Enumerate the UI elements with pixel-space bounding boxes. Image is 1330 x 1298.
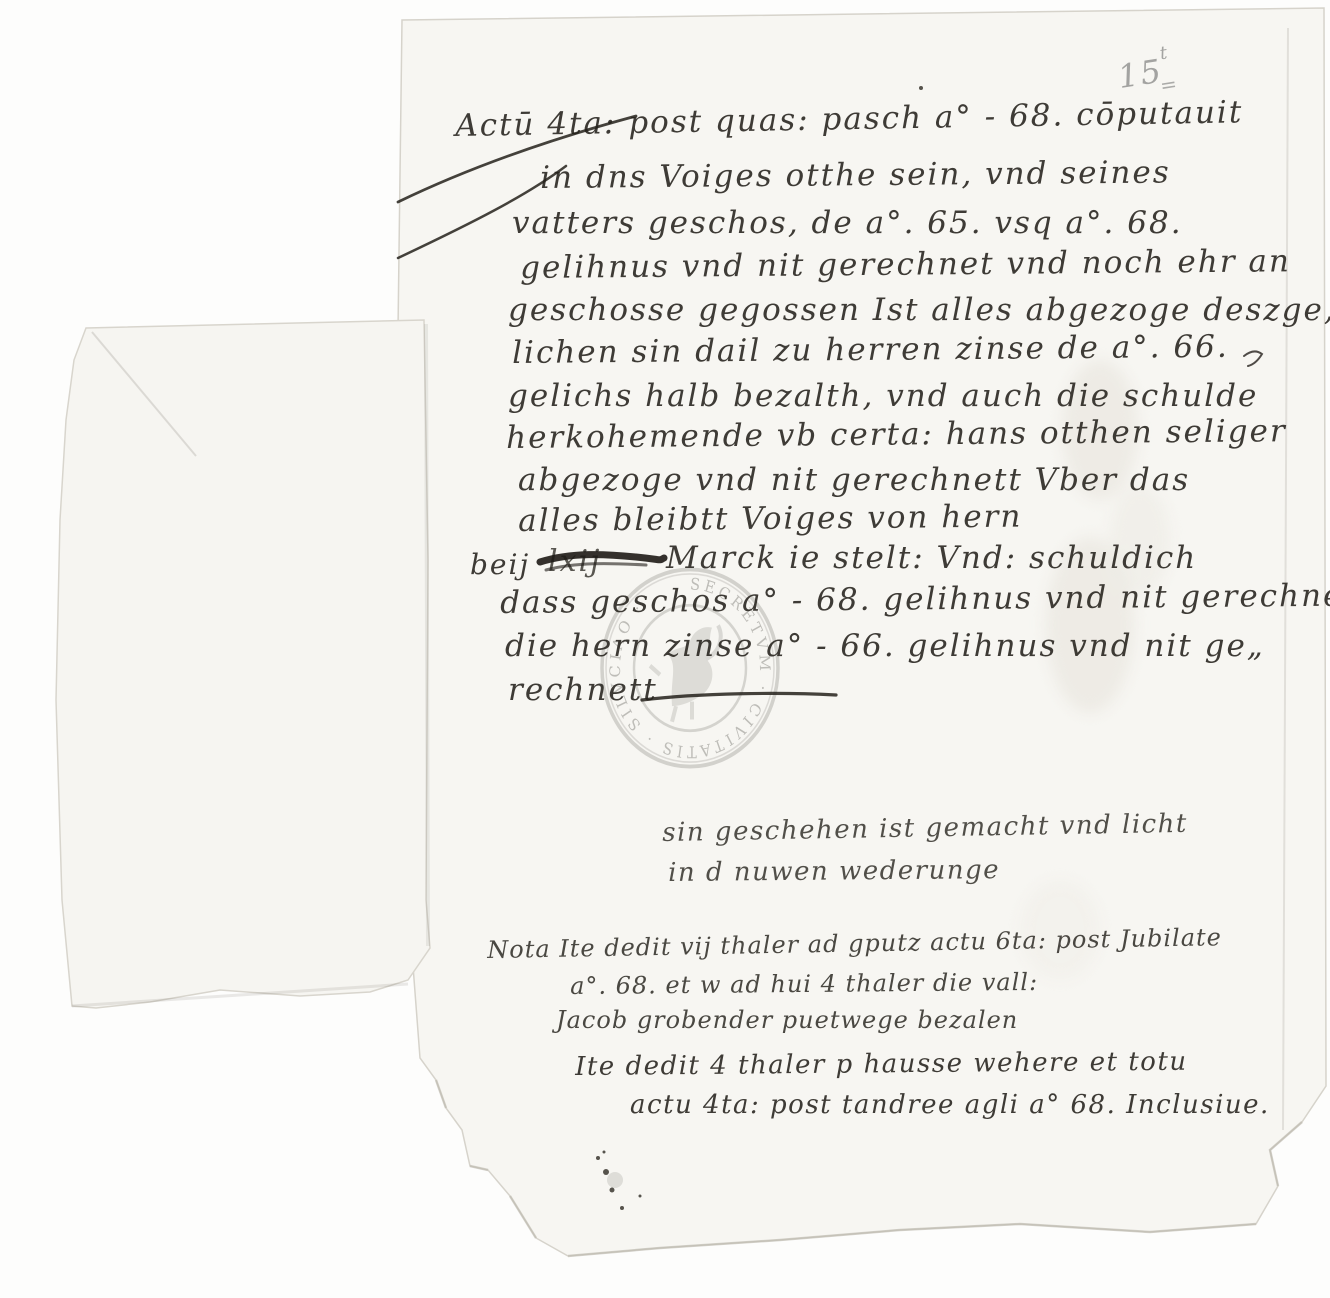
text-line: geschosse gegossen Ist alles abgezoge de… — [508, 292, 1330, 328]
nota-line: Nota Ite dedit vij thaler ad gputz actu … — [487, 923, 1222, 964]
text-line: Actū 4ta: post quas: pasch a° - 68. cōpu… — [455, 94, 1244, 144]
text-line: herkohemende vb certa: hans otthen selig… — [506, 413, 1287, 456]
text-line: rechnett — [508, 672, 658, 708]
struck-word: lxij — [548, 544, 601, 579]
text-line: lichen sin dail zu herren zinse de a°. 6… — [512, 329, 1229, 371]
text-line: gelichs halb bezalth, vnd auch die schul… — [508, 378, 1258, 414]
text-line: vatters geschos, de a°. 65. vsq a°. 68. — [512, 205, 1183, 241]
text-line: abgezoge vnd nit gerechnett Vber das — [518, 462, 1190, 498]
text-line: gelihnus vnd nit gerechnet vnd noch ehr … — [520, 243, 1291, 286]
receipt-line: Ite dedit 4 thaler p hausse wehere et to… — [575, 1047, 1188, 1082]
folio-underline: = — [1158, 71, 1180, 98]
nota-line: a°. 68. et w ad hui 4 thaler die vall: — [570, 968, 1038, 1000]
text-line: die hern zinse a° - 66. gelihnus vnd nit… — [505, 628, 1265, 664]
text-line: dass geschos a° - 68. gelihnus vnd nit g… — [500, 578, 1330, 621]
folio-number: 15t = — [1115, 50, 1174, 96]
nota-line: Jacob grobender puetwege bezalen — [556, 1006, 1018, 1034]
text-line: Marck ie stelt: Vnd: schuldich — [666, 540, 1197, 576]
handwriting-layer: 15t = Actū 4ta: post quas: pasch a° - 68… — [0, 0, 1330, 1298]
center-note-line: sin geschehen ist gemacht vnd licht — [662, 809, 1188, 848]
center-note-line: in d nuwen wederunge — [668, 855, 1000, 888]
receipt-line: actu 4ta: post tandree agli a° 68. Inclu… — [630, 1090, 1270, 1120]
margin-word: beij — [470, 548, 530, 581]
text-line: in dns Voiges otthe sein, vnd seines — [540, 154, 1171, 196]
manuscript-scan: SECRETVM · CIVITATIS · SILVCIAO · 15t = … — [0, 0, 1330, 1298]
text-line: alles bleibtt Voiges von hern — [518, 499, 1023, 539]
